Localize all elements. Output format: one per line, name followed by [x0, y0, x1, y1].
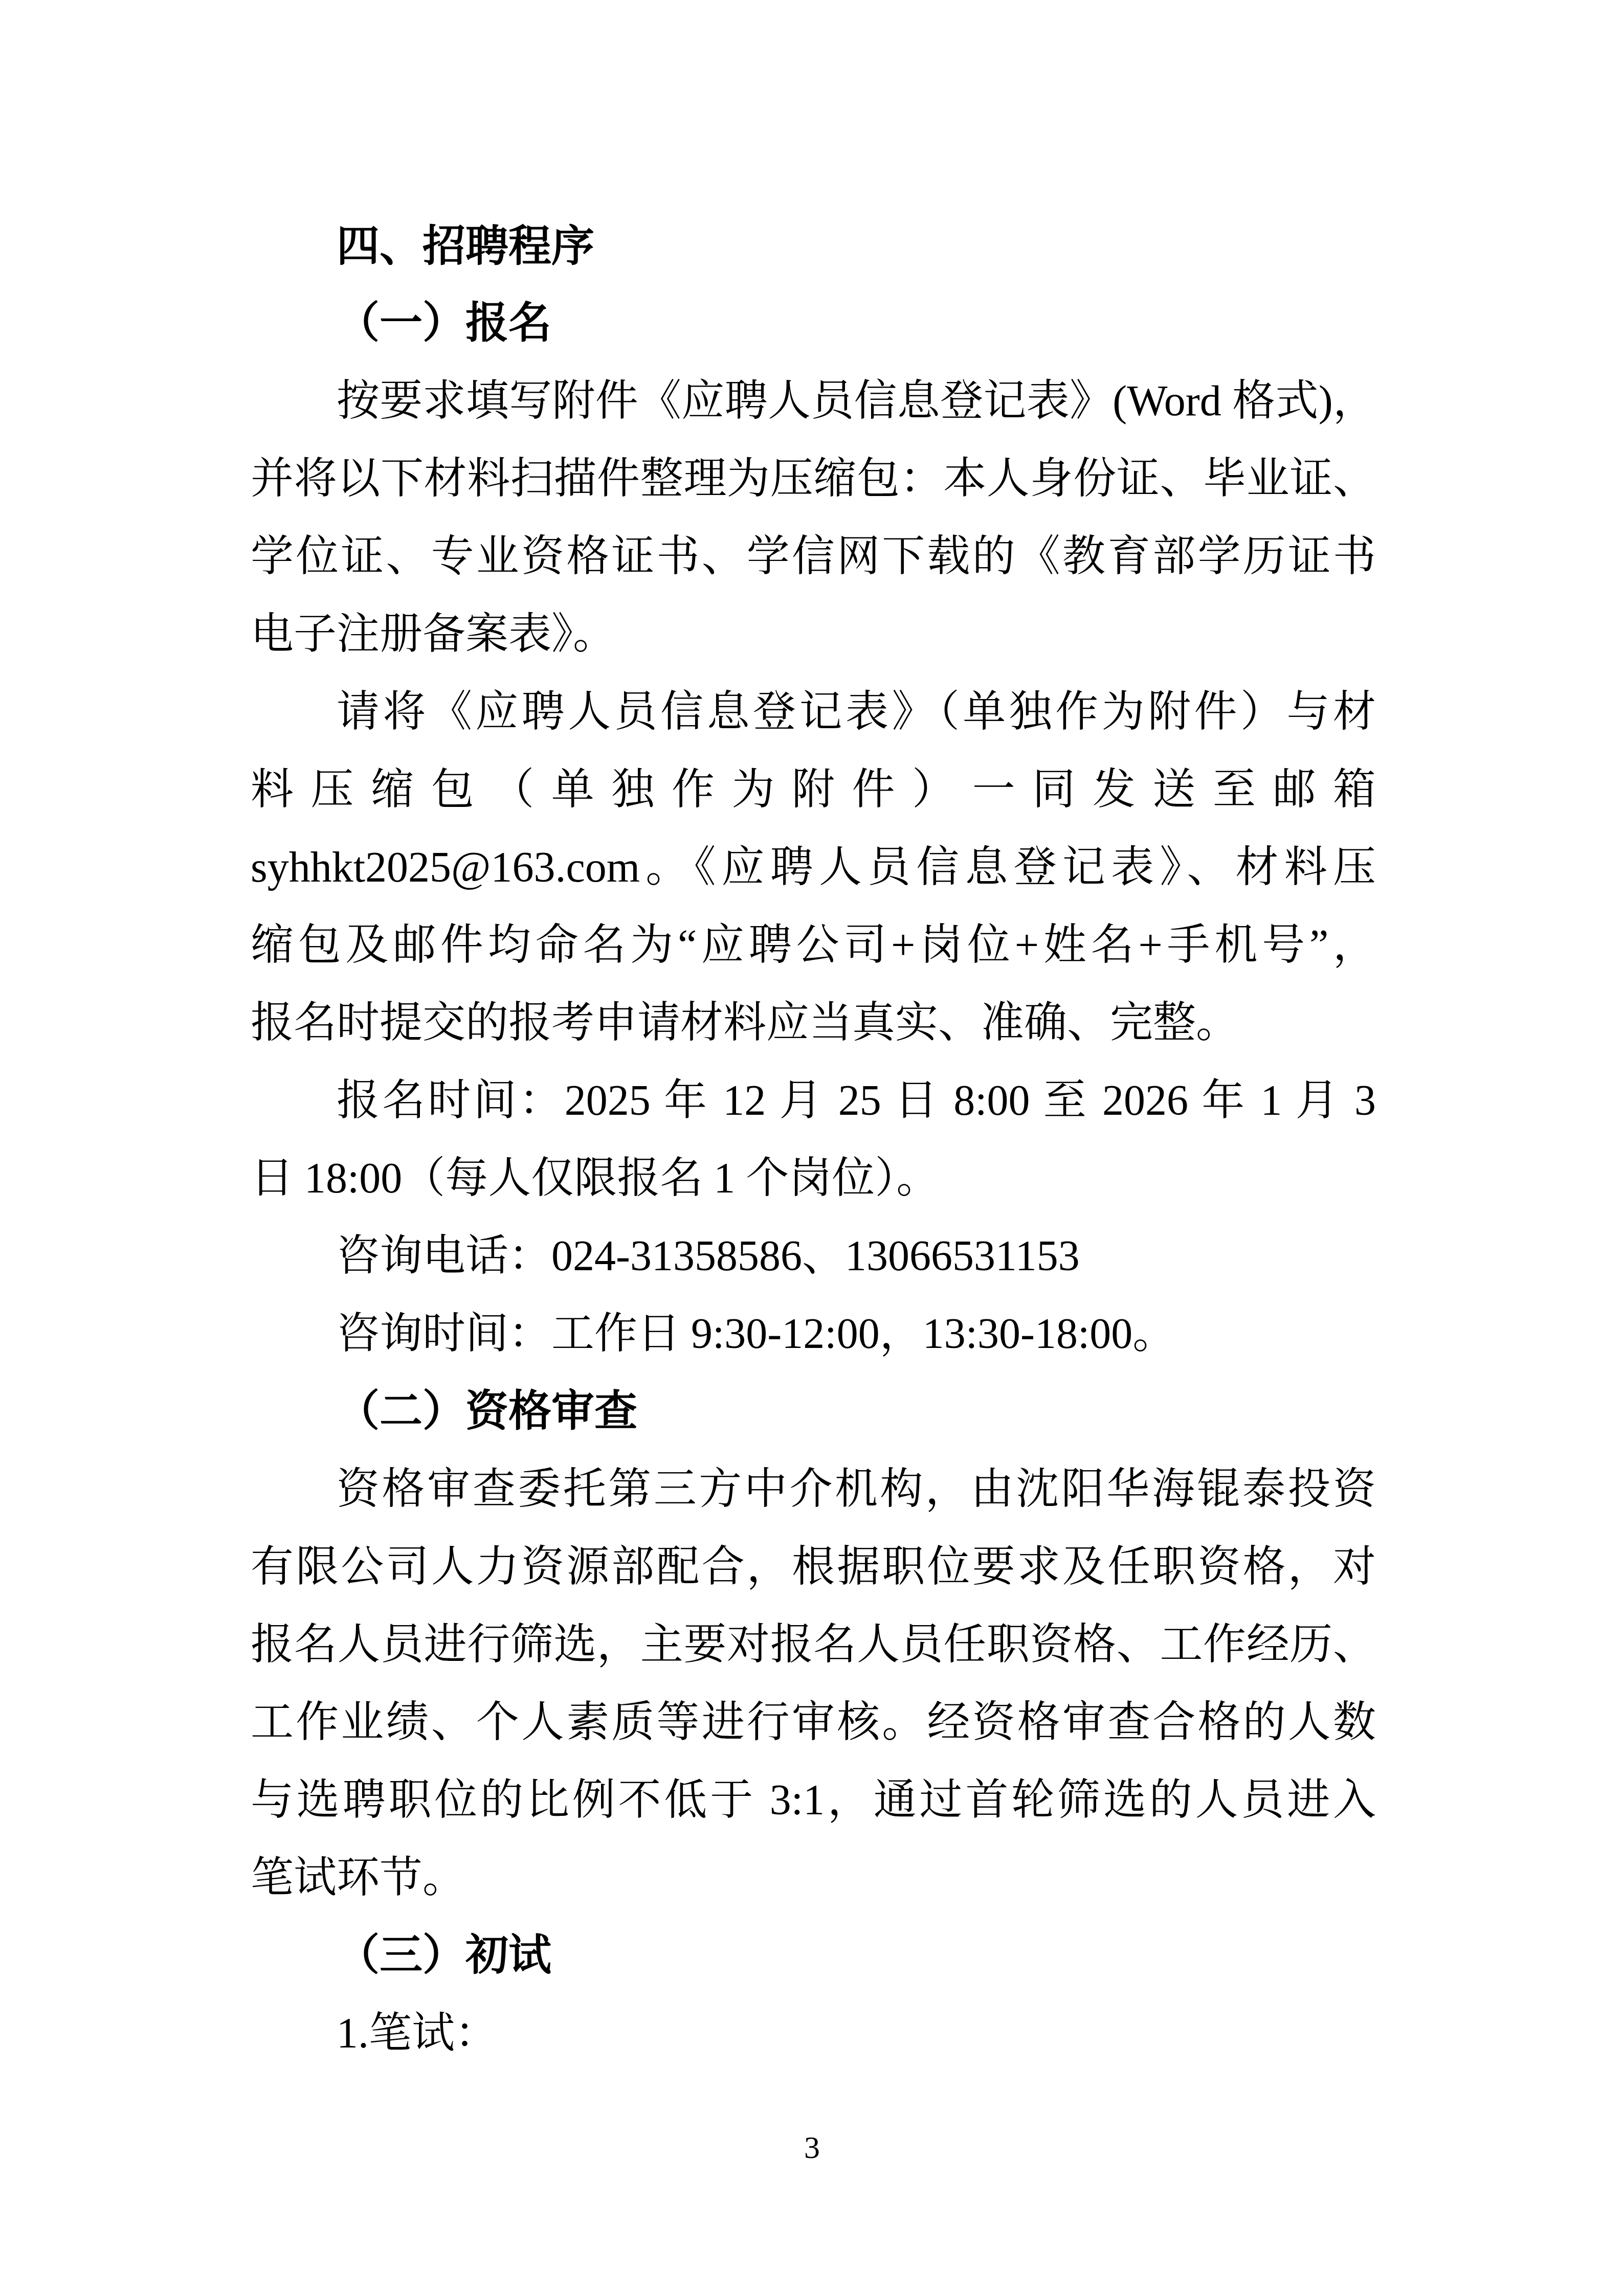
text-line: 四、招聘程序	[251, 207, 1376, 285]
text-line: 请将《应聘人员信息登记表》（单独作为附件）与材	[251, 673, 1376, 751]
text-line: （一）报名	[251, 285, 1376, 363]
text-line: 工作业绩、个人素质等进行审核。经资格审查合格的人数	[251, 1684, 1376, 1762]
text-line: 咨询电话：024-31358586、13066531153	[251, 1218, 1376, 1295]
page-number: 3	[0, 2125, 1624, 2171]
text-line: 料压缩包（单独作为附件）一同发送至邮箱	[251, 751, 1376, 829]
text-line: 资格审查委托第三方中介机构，由沈阳华海锟泰投资	[251, 1451, 1376, 1528]
text-line: 报名人员进行筛选，主要对报名人员任职资格、工作经历、	[251, 1606, 1376, 1684]
text-line: 1.笔试：	[251, 1995, 1376, 2073]
text-line: 电子注册备案表》。	[251, 596, 1376, 673]
text-line: 有限公司人力资源部配合，根据职位要求及任职资格，对	[251, 1528, 1376, 1606]
text-line: 学位证、专业资格证书、学信网下载的《教育部学历证书	[251, 518, 1376, 596]
text-line: 日 18:00（每人仅限报名 1 个岗位）。	[251, 1140, 1376, 1218]
text-line: （二）资格审查	[251, 1373, 1376, 1451]
text-line: 并将以下材料扫描件整理为压缩包：本人身份证、毕业证、	[251, 440, 1376, 518]
document-page: 四、招聘程序（一）报名按要求填写附件《应聘人员信息登记表》(Word 格式)，并…	[0, 0, 1624, 2296]
document-content: 四、招聘程序（一）报名按要求填写附件《应聘人员信息登记表》(Word 格式)，并…	[251, 207, 1376, 2073]
text-line: 按要求填写附件《应聘人员信息登记表》(Word 格式)，	[251, 363, 1376, 440]
text-line: 缩包及邮件均命名为“应聘公司+岗位+姓名+手机号”，	[251, 907, 1376, 984]
text-line: 与选聘职位的比例不低于 3:1，通过首轮筛选的人员进入	[251, 1762, 1376, 1839]
text-line: 报名时间：2025 年 12 月 25 日 8:00 至 2026 年 1 月 …	[251, 1062, 1376, 1140]
text-line: 笔试环节。	[251, 1839, 1376, 1917]
text-line: syhhkt2025@163.com。《应聘人员信息登记表》、材料压	[251, 829, 1376, 907]
text-line: 咨询时间：工作日 9:30-12:00，13:30-18:00。	[251, 1295, 1376, 1373]
text-line: （三）初试	[251, 1917, 1376, 1995]
text-line: 报名时提交的报考申请材料应当真实、准确、完整。	[251, 984, 1376, 1062]
